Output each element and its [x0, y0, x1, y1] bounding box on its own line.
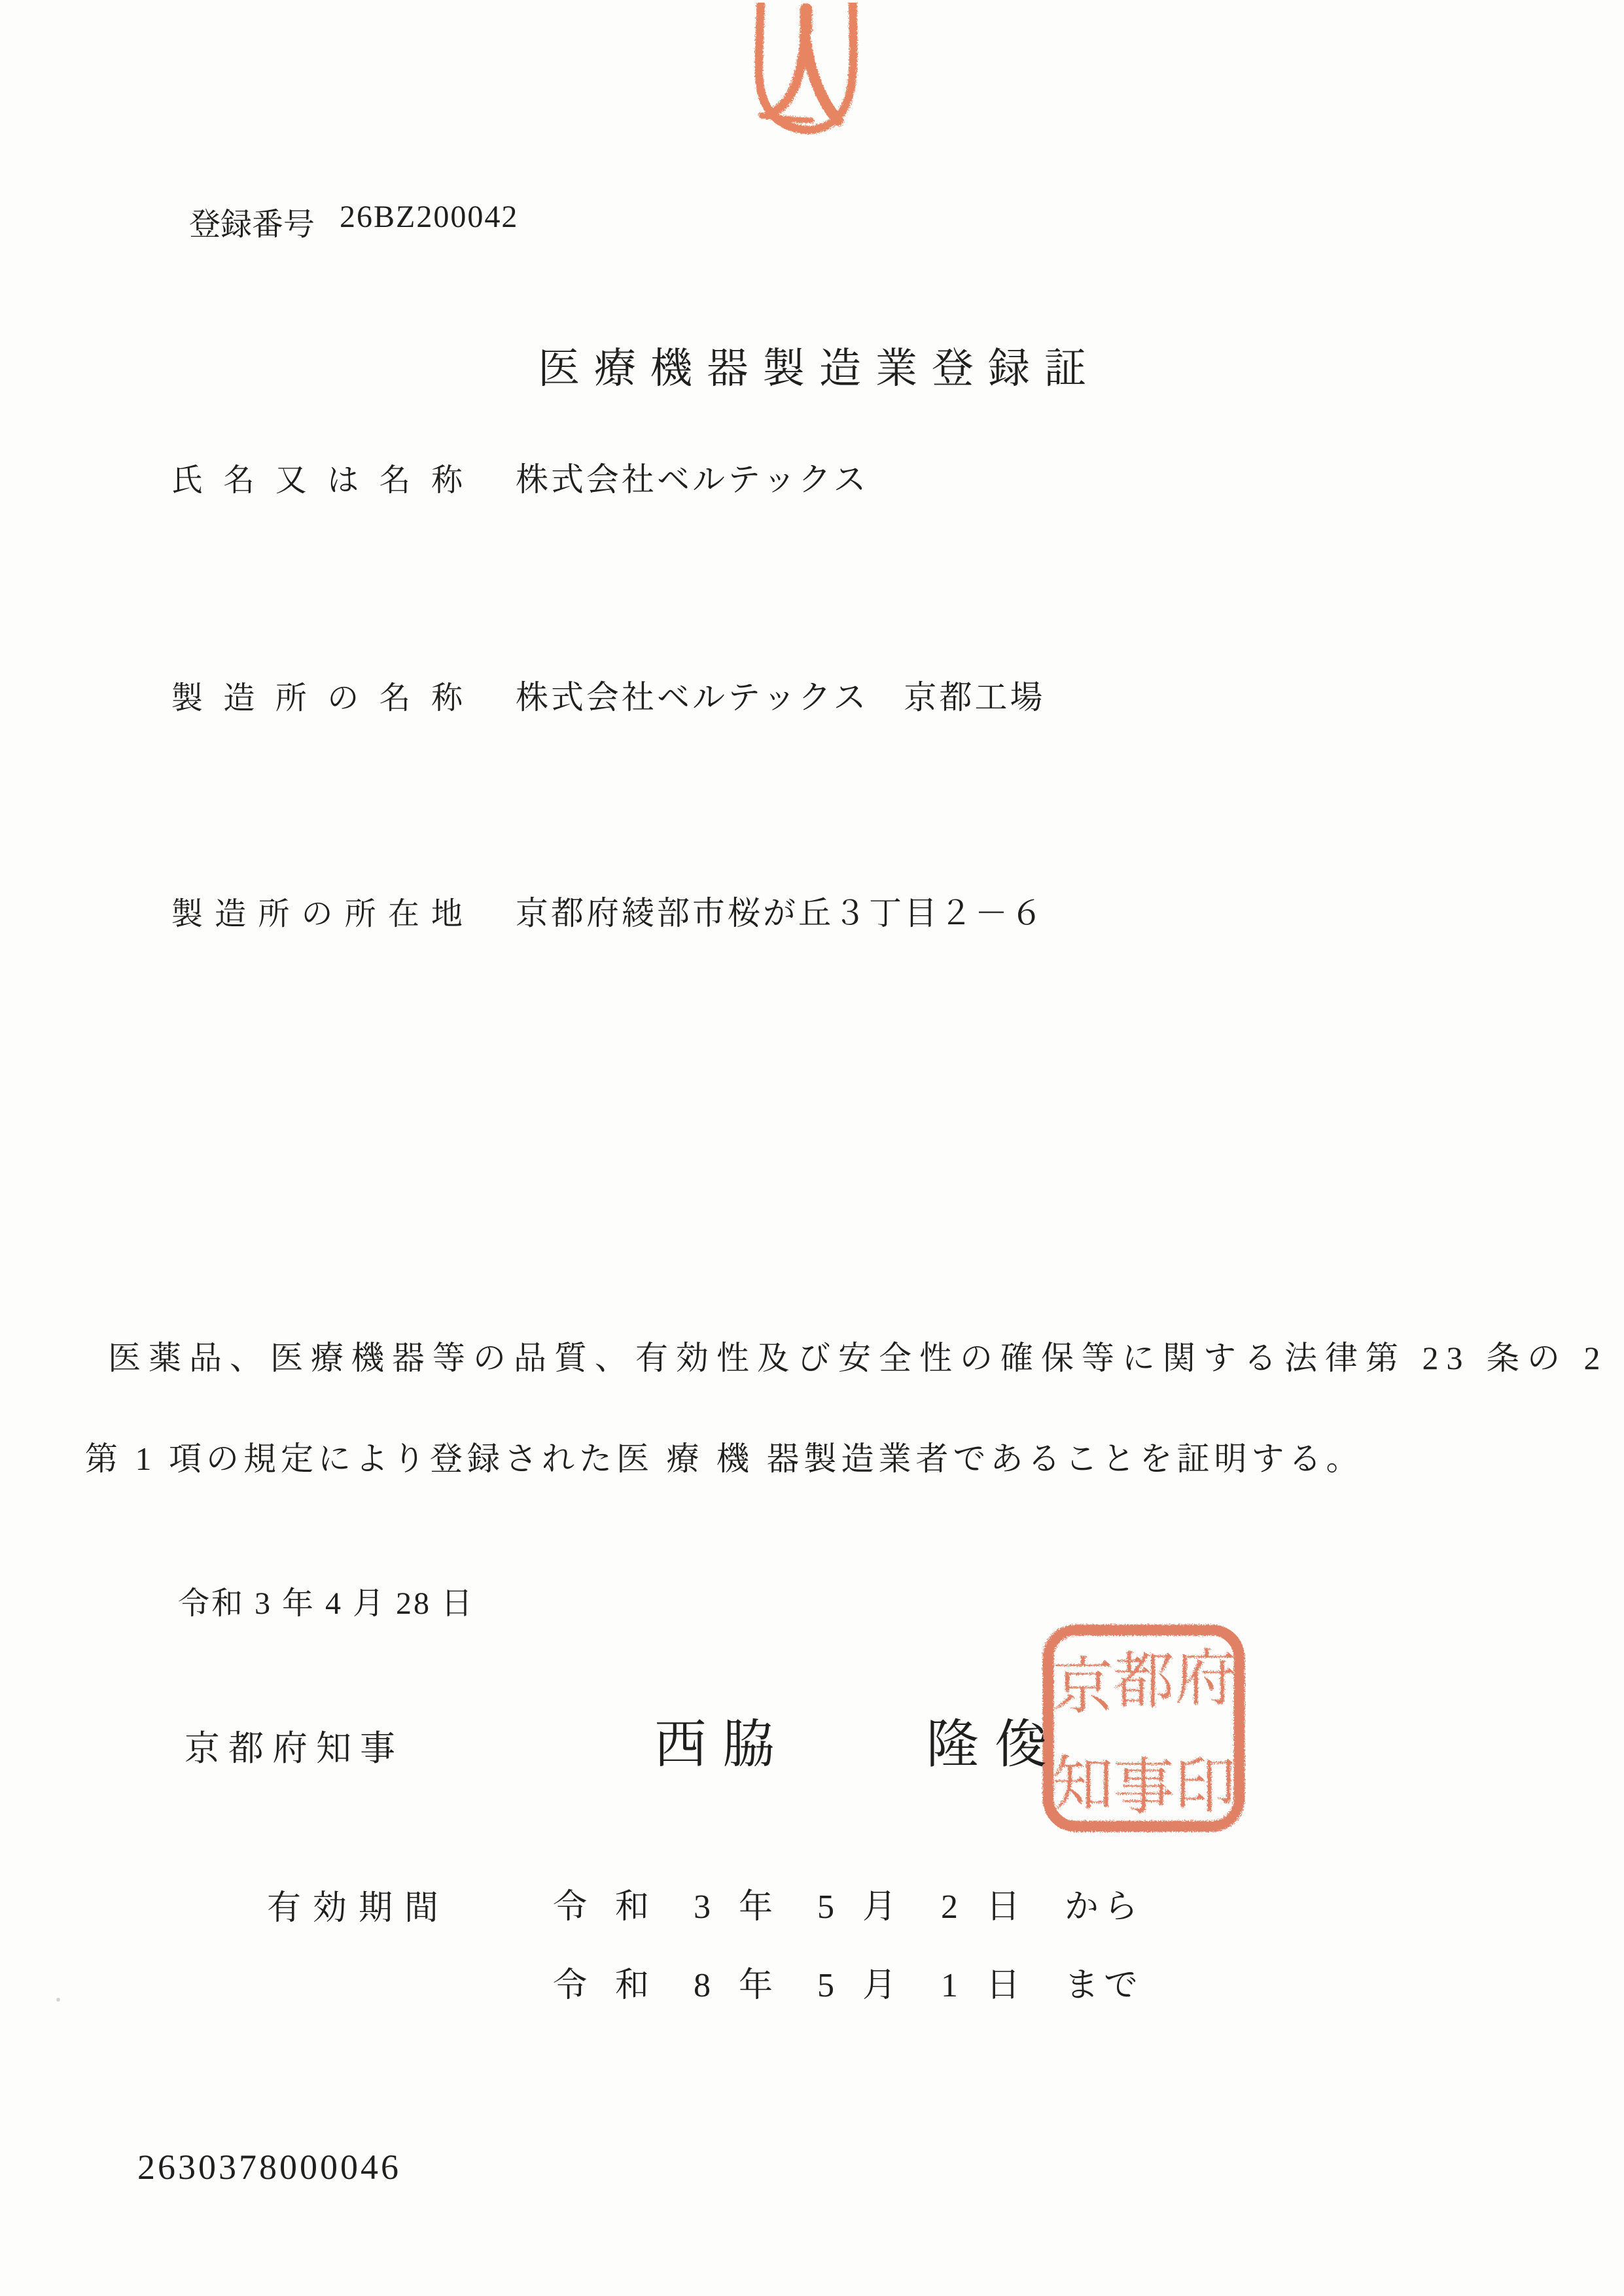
certificate-page: 登録番号 26BZ200042 医療機器製造業登録証 氏 名 又 は 名 称 株… — [0, 0, 1624, 2296]
factory-name-value: 株式会社ベルテックス 京都工場 — [516, 671, 1046, 718]
serial-number: 2630378000046 — [137, 2147, 401, 2187]
seal-char: 府 — [1174, 1645, 1236, 1713]
certification-text-line2: 第 1 項の規定により登録された医 療 機 器製造業者であることを証明する。 — [85, 1433, 1364, 1480]
registration-number-value: 26BZ200042 — [340, 199, 518, 244]
certification-text-line1: 医薬品、医療機器等の品質、有効性及び安全性の確保等に関する法律第 23 条の 2… — [108, 1332, 1624, 1379]
factory-name-label: 製 造 所 の 名 称 — [171, 672, 463, 718]
registration-number-label: 登録番号 — [189, 199, 315, 244]
issue-date: 令和 3 年 4 月 28 日 — [178, 1578, 474, 1623]
validity-to: 令 和 8 年 5 月 1 日 まで — [553, 1957, 1143, 2006]
factory-address-label: 製 造 所 の 所 在 地 — [171, 888, 463, 933]
seal-char: 都 — [1113, 1648, 1174, 1716]
kyoto-prefecture-emblem-stamp — [750, 3, 862, 135]
governor-seal-stamp: 京 都 府 知 事 印 — [1042, 1624, 1246, 1833]
governor-name: 西脇 隆俊 — [654, 1702, 1063, 1777]
scan-artifact-dot — [56, 1998, 60, 2002]
certificate-title: 医療機器製造業登録証 — [0, 335, 1624, 395]
seal-char: 事 — [1113, 1754, 1174, 1822]
validity-from: 令 和 3 年 5 月 2 日 から — [553, 1879, 1143, 1928]
factory-address-value: 京都府綾部市桜が丘３丁目２－６ — [516, 887, 1046, 934]
owner-name-label: 氏 名 又 は 名 称 — [171, 455, 463, 500]
validity-label: 有効期間 — [267, 1880, 450, 1929]
seal-char: 印 — [1174, 1752, 1236, 1820]
registration-number-line: 登録番号 26BZ200042 — [189, 199, 518, 244]
owner-name-value: 株式会社ベルテックス — [516, 453, 869, 500]
governor-title: 京都府知事 — [185, 1720, 404, 1771]
